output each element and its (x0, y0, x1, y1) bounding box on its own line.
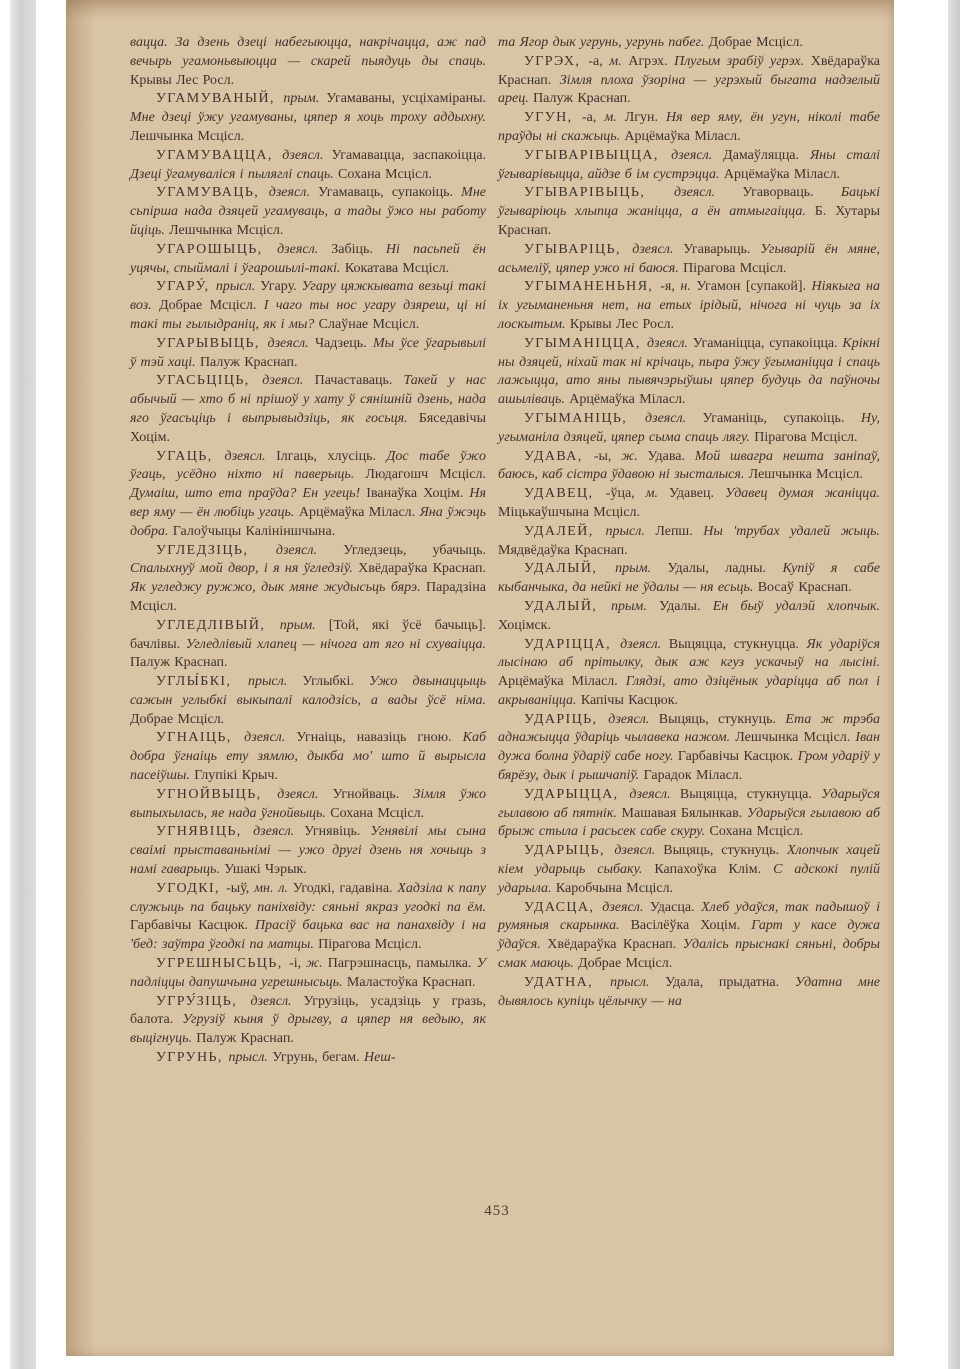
entry-text: Васілёўка Хоцім. (631, 918, 752, 933)
entry-headword: УГАРОШЫЦЬ, (156, 242, 277, 257)
page-number: 453 (83, 1203, 911, 1220)
dictionary-entry: УГРЭХ, -а, м. Агрэх. Плугым зрабіў угрэх… (498, 53, 880, 109)
dictionary-entry: УГЛЫ́БКІ, прысл. Углыбкі. Ужо двынаццыць… (130, 673, 486, 729)
entry-headword: УГЫМАНЕНЬНЯ, (524, 279, 660, 294)
entry-italic-text: дзеясл. (629, 787, 680, 802)
entry-headword: УГЛЕДЗІЦЬ, (156, 543, 276, 558)
entry-headword: УДАРЫЦЬ, (524, 843, 614, 858)
entry-headword: УГУН, (524, 110, 582, 125)
entry-text: Гарбавічы Касцюк. (130, 918, 255, 933)
entry-text: Выцяць, стукнуць. (659, 712, 786, 727)
entry-text: Пірагова Мсцісл. (754, 430, 857, 445)
entry-text: Чадзець. (315, 336, 373, 351)
entry-text: Гарадок Міласл. (644, 768, 743, 783)
entry-italic-text: дзеясл. (632, 242, 683, 257)
entry-text: Палуж Краснап. (533, 91, 631, 106)
entry-text: Добрае Мсцісл. (709, 35, 803, 50)
entry-italic-text: дзеясл. (614, 843, 663, 858)
dictionary-entry: УДАРІЦЬ, дзеясл. Выцяць, стукнуць. Ета ж… (498, 711, 880, 786)
entry-italic-text: дзеясл. (645, 411, 703, 426)
entry-italic-text: дзеясл. (620, 637, 669, 652)
entry-text: Пірагова Мсцісл. (683, 261, 786, 276)
entry-headword: УГЛЕДЛІВЫЙ, (156, 618, 280, 633)
entry-headword: УГЫВАРІЦЬ, (524, 242, 632, 257)
entry-italic-text: ж. (621, 449, 647, 464)
entry-italic-text: Угрузіў кыня ў дрыгву, а цяпер ня ведыю,… (130, 1012, 486, 1046)
entry-text: Добрае Мсцісл. (130, 712, 224, 727)
entry-italic-text: прысл. (606, 524, 656, 539)
entry-text: Удавец. (669, 486, 725, 501)
entry-text: Агрэх. (628, 54, 674, 69)
entry-text: Выцяцца, стукнуцца. (669, 637, 807, 652)
dictionary-entry: УГРУНЬ, прысл. Угрунь, бегам. Неш- (130, 1049, 486, 1068)
entry-italic-text: дзеясл. (277, 787, 332, 802)
entry-italic-text: Угледлівый хлапец — нічога ат яго ні сху… (186, 637, 486, 652)
entry-text: Выцяцца, стукнуцца. (680, 787, 821, 802)
entry-italic-text: дзеясл. (277, 242, 331, 257)
dictionary-entry: УДАРЫЦЬ, дзеясл. Выцяць, стукнуць. Хлопч… (498, 842, 880, 898)
entry-text: Угамавацца, заспакоіцца. (332, 148, 486, 163)
dictionary-entry: УГАРУ́, прысл. Угару. Угару цяжкывата ве… (130, 278, 486, 334)
scanner-bed-strip-right (948, 0, 960, 1369)
entry-headword: УГНАІЦЬ, (156, 730, 244, 745)
entry-italic-text: н. (680, 279, 696, 294)
entry-text: -ыў, (226, 881, 254, 896)
entry-text: Угаварыць. (683, 242, 760, 257)
entry-text: Угледзець, убачыць. (343, 543, 486, 558)
entry-text: Угамон [супакой]. (696, 279, 811, 294)
entry-text: Удалы. (659, 599, 713, 614)
entry-text: Гарбавічы Касцюк. (678, 749, 798, 764)
entry-headword: УГЫВАРІВЫЦЦА, (524, 148, 671, 163)
entry-headword: УГЫМАНІЦЦА, (524, 336, 647, 351)
dictionary-entry-continuation: вацца. За дзень дзеці набегыюцца, накріч… (130, 34, 486, 90)
entry-headword: УГОДКІ, (156, 881, 226, 896)
dictionary-entry: УГРЕШНЫСЬЦЬ, -і, ж. Пагрэшнасць, памылка… (130, 955, 486, 993)
entry-italic-text: Думаіш, што ета праўда? Ен угець! (130, 486, 366, 501)
dictionary-entry: УДАЛЫЙ, прым. Удалы. Ен быў удалэй хлопч… (498, 598, 880, 636)
text-column-left: вацца. За дзень дзеці набегыюцца, накріч… (130, 34, 486, 1068)
entry-text: Слаўнае Мсцісл. (319, 317, 420, 332)
entry-italic-text: дзеясл. (276, 543, 343, 558)
entry-text: Кокатава Мсцісл. (345, 261, 449, 276)
entry-text: Хоцімск. (498, 618, 551, 633)
entry-text: Капахоўка Клім. (654, 862, 773, 877)
dictionary-entry: УГЫВАРІВЫЦЬ, дзеясл. Угаворваць. Бацькі … (498, 184, 880, 240)
entry-text: Угаворваць. (742, 185, 841, 200)
entry-text: Ілгаць, хлусіць. (276, 449, 386, 464)
entry-text: Угнявіць. (304, 824, 370, 839)
entry-text: Крывы Лес Росл. (130, 73, 234, 88)
entry-italic-text: прым. (280, 618, 329, 633)
entry-italic-text: прысл. (610, 975, 665, 990)
dictionary-entry: УДАРЫЦЦА, дзеясл. Выцяцца, стукнуцца. Уд… (498, 786, 880, 842)
entry-text: Лгун. (625, 110, 666, 125)
entry-italic-text: дзеясл. (608, 712, 658, 727)
entry-text: Пачаставаць. (315, 373, 404, 388)
entry-headword: УДАТНА, (524, 975, 610, 990)
entry-italic-text: дзеясл. (244, 730, 296, 745)
entry-italic-text: прым. (615, 561, 667, 576)
entry-text: Міцькаўшчына Мсцісл. (498, 505, 640, 520)
scanner-bed-strip-left (10, 0, 36, 1369)
entry-text: Сохана Мсцісл. (338, 167, 432, 182)
entry-italic-text: дзеясл. (269, 185, 318, 200)
entry-italic-text: прысл. (248, 674, 302, 689)
dictionary-entry: УГЫМАНІЦЦА, дзеясл. Угаманіцца, супакоіц… (498, 335, 880, 410)
entry-text: Хвёдараўка Краснап. (358, 561, 486, 576)
entry-italic-text: прысл. (216, 279, 260, 294)
entry-headword: УГРЕШНЫСЬЦЬ, (156, 956, 289, 971)
entry-headword: УГЫВАРІВЫЦЬ, (524, 185, 674, 200)
dictionary-entry: УДАЛЕЙ, прысл. Лепш. Ны 'трубах удалей ж… (498, 523, 880, 561)
entry-headword: УГНОЙВЫЦЬ, (156, 787, 277, 802)
dictionary-entry: УГАМУВАЦЬ, дзеясл. Угамаваць, супакоіць.… (130, 184, 486, 240)
dictionary-entry: УГЫМАНІЦЬ, дзеясл. Угаманіць, супакоіць.… (498, 410, 880, 448)
entry-italic-text: Плугым зрабіў угрэх. (674, 54, 811, 69)
entry-text: Пірагова Мсцісл. (318, 937, 421, 952)
entry-headword: УГАРУ́, (156, 279, 216, 294)
entry-headword: УГЫМАНІЦЬ, (524, 411, 645, 426)
entry-headword: УДАВЕЦ, (524, 486, 606, 501)
entry-text: Палуж Краснап. (196, 1031, 294, 1046)
entry-text: Пагрэшнасць, памылка. (328, 956, 477, 971)
entry-italic-text: Неш- (364, 1050, 396, 1065)
entry-text: Угамаваны, усціхаміраны. (326, 91, 486, 106)
dictionary-entry: УГНОЙВЫЦЬ, дзеясл. Угнойваць. Зімля ўжо … (130, 786, 486, 824)
entry-text: Угодкі, гадавіна. (293, 881, 398, 896)
entry-headword: УГАРЫВЫЦЬ, (156, 336, 268, 351)
entry-text: Добрае Мсцісл. (578, 956, 672, 971)
entry-headword: УДАЛЫЙ, (524, 599, 611, 614)
entry-italic-text: Дзеці ўгамуваліся і пыляглі спаць. (130, 167, 338, 182)
entry-text: Арцёмаўка Міласл. (624, 129, 740, 144)
dictionary-entry: УГЫВАРІЦЬ, дзеясл. Угаварыць. Угыварій ё… (498, 241, 880, 279)
entry-text: Лешчынка Мсцісл. (169, 223, 283, 238)
entry-text: Глупікі Крыч. (194, 768, 278, 783)
entry-text: -а, (588, 54, 609, 69)
dictionary-entry: УДАЛЫЙ, прым. Удалы, ладны. Купіў я сабе… (498, 560, 880, 598)
entry-text: -ы, (594, 449, 621, 464)
entry-text: Арцёмаўка Міласл. (724, 167, 840, 182)
entry-text: Крывы Лес Росл. (570, 317, 674, 332)
entry-text: Капічы Касцюк. (581, 693, 678, 708)
entry-headword: УГАМУВАНЫЙ, (156, 91, 283, 106)
entry-italic-text: дзеясл. (282, 148, 331, 163)
dictionary-entry: УГАСЬЦІЦЬ, дзеясл. Пачаставаць. Такей у … (130, 372, 486, 447)
entry-text: Галоўчыцы Калініншчына. (173, 524, 335, 539)
entry-text: Дамаўляцца. (723, 148, 810, 163)
entry-italic-text: Спалыхнуў мой двор, і я ня ўгледзіў. (130, 561, 358, 576)
entry-text: Каробчына Мсцісл. (556, 881, 673, 896)
entry-italic-text: дзеясл. (253, 824, 304, 839)
entry-italic-text: дзеясл. (671, 148, 723, 163)
entry-italic-text: прым. (611, 599, 659, 614)
entry-italic-text: мн. л. (254, 881, 293, 896)
dictionary-entry: УДАРІЦЦА, дзеясл. Выцяцца, стукнуцца. Як… (498, 636, 880, 711)
entry-text: Машавая Бялынкав. (622, 806, 747, 821)
entry-text: Лепш. (655, 524, 703, 539)
dictionary-entry: УГАРОШЫЦЬ, дзеясл. Забіць. Ні пасьпей ён… (130, 241, 486, 279)
entry-text: Маластоўка Краснап. (347, 975, 476, 990)
entry-italic-text: дзеясл. (268, 336, 315, 351)
entry-italic-text: прысл. (229, 1050, 273, 1065)
entry-headword: УГРУ́ЗІЦЬ, (156, 994, 250, 1009)
entry-text: Угрунь, бегам. (272, 1050, 364, 1065)
entry-italic-text: дзеясл. (225, 449, 277, 464)
dictionary-entry: УГАМУВАНЫЙ, прым. Угамаваны, усціхаміран… (130, 90, 486, 146)
entry-italic-text: дзеясл. (602, 900, 650, 915)
entry-headword: УГАСЬЦІЦЬ, (156, 373, 262, 388)
entry-text: Добрае Мсцісл. (159, 298, 264, 313)
entry-italic-text: м. (646, 486, 669, 501)
entry-text: Палуж Краснап. (130, 655, 228, 670)
dictionary-entry: УДАСЦА, дзеясл. Удасца. Хлеб удаўся, так… (498, 899, 880, 974)
entry-text: Выцяць, стукнуць. (663, 843, 787, 858)
entry-headword: УДАСЦА, (524, 900, 602, 915)
entry-headword: УДАРІЦЦА, (524, 637, 620, 652)
entry-headword: УДАРЫЦЦА, (524, 787, 629, 802)
book-page: вацца. За дзень дзеці набегыюцца, накріч… (66, 0, 894, 1356)
entry-text: Лешчынка Мсцісл. (130, 129, 244, 144)
entry-text: Угаманіць, супакоіць. (703, 411, 861, 426)
entry-text: Сохана Мсцісл. (330, 806, 424, 821)
entry-italic-text: прым. (283, 91, 326, 106)
entry-text: Сохана Мсцісл. (709, 824, 803, 839)
dictionary-entry: УГУН, -а, м. Лгун. Ня вер яму, ён угун, … (498, 109, 880, 147)
entry-text: -ўца, (606, 486, 646, 501)
dictionary-entry: УГЫМАНЕНЬНЯ, -я, н. Угамон [супакой]. Ні… (498, 278, 880, 334)
dictionary-entry: УГЛЕДЛІВЫЙ, прым. [Той, які ўсё бачыць].… (130, 617, 486, 673)
entry-headword: УГАМУВАЦЦА, (156, 148, 282, 163)
entry-italic-text: Мне дзеці ўжу угамуваны, цяпер я хоць тр… (130, 110, 486, 125)
entry-headword: УДАВА, (524, 449, 594, 464)
entry-text: Хвёдараўка Краснап. (547, 937, 683, 952)
entry-italic-text: ж. (306, 956, 328, 971)
entry-text: Угару. (260, 279, 301, 294)
entry-italic-text: Ен быў удалэй хлопчык. (713, 599, 880, 614)
entry-text: Ушакі Чэрык. (224, 862, 307, 877)
entry-italic-text: м. (604, 110, 624, 125)
entry-headword: УДАЛЕЙ, (524, 524, 606, 539)
entry-text: Угамаваць, супакоіць. (318, 185, 461, 200)
entry-text: Удала, прыдатна. (665, 975, 795, 990)
entry-text: Удава. (648, 449, 695, 464)
dictionary-entry-continuation: та Ягор дык угрунь, угрунь пабег. Добрае… (498, 34, 880, 53)
dictionary-entry: УГЫВАРІВЫЦЦА, дзеясл. Дамаўляцца. Яны ст… (498, 147, 880, 185)
entry-text: Угнойваць. (333, 787, 414, 802)
entry-text: Восаў Краснап. (758, 580, 852, 595)
dictionary-entry: УГАМУВАЦЦА, дзеясл. Угамавацца, заспакоі… (130, 147, 486, 185)
entry-text: -я, (660, 279, 680, 294)
entry-text: Удалы, ладны. (668, 561, 783, 576)
text-column-right: та Ягор дык угрунь, угрунь пабег. Добрае… (498, 34, 880, 1011)
entry-italic-text: дзеясл. (250, 994, 303, 1009)
dictionary-entry: УГНЯВІЦЬ, дзеясл. Угнявіць. Угнявілі мы … (130, 823, 486, 879)
entry-italic-text: Удавец думая жаніцца. (725, 486, 880, 501)
entry-headword: УГРЭХ, (524, 54, 588, 69)
entry-italic-text: Ны 'трубах удалей жыць. (703, 524, 880, 539)
dictionary-entry: УДАВА, -ы, ж. Удава. Мой швагра нешта за… (498, 448, 880, 486)
entry-italic-text: м. (609, 54, 628, 69)
entry-text: Людагошч Мсцісл. (365, 467, 486, 482)
entry-headword: УДАРІЦЬ, (524, 712, 608, 727)
entry-text: Удасца. (650, 900, 701, 915)
dictionary-entry: УГАРЫВЫЦЬ, дзеясл. Чадзець. Мы ўсе ўгары… (130, 335, 486, 373)
entry-headword: УГАЦЬ, (156, 449, 225, 464)
entry-italic-text: дзеясл. (262, 373, 314, 388)
dictionary-entry: УГНАІЦЬ, дзеясл. Угнаіць, навазіць гною.… (130, 729, 486, 785)
entry-text: Арцёмаўка Міласл. (299, 505, 420, 520)
entry-text: Мядвёдаўка Краснап. (498, 543, 628, 558)
entry-text: Лешчынка Мсцісл. (735, 730, 855, 745)
entry-italic-text: та Ягор дык угрунь, угрунь пабег. (498, 35, 709, 50)
dictionary-entry: УДАВЕЦ, -ўца, м. Удавец. Удавец думая жа… (498, 485, 880, 523)
entry-italic-text: дзеясл. (674, 185, 742, 200)
entry-headword: УГАМУВАЦЬ, (156, 185, 269, 200)
entry-text: -а, (582, 110, 604, 125)
dictionary-entry: УГАЦЬ, дзеясл. Ілгаць, хлусіць. Дос табе… (130, 448, 486, 542)
dictionary-entry: УДАТНА, прысл. Удала, прыдатна. Удатна м… (498, 974, 880, 1012)
dictionary-entry: УГОДКІ, -ыў, мн. л. Угодкі, гадавіна. Ха… (130, 880, 486, 955)
entry-text: Арцёмаўка Міласл. (569, 392, 685, 407)
entry-text: Углыбкі. (302, 674, 369, 689)
entry-italic-text: дзеясл. (647, 336, 693, 351)
entry-italic-text: вацца. За дзень дзеці набегыюцца, накріч… (130, 35, 486, 69)
entry-text: Арцёмаўка Міласл. (498, 674, 626, 689)
dictionary-entry: УГЛЕДЗІЦЬ, дзеясл. Угледзець, убачыць. С… (130, 542, 486, 617)
entry-text: Палуж Краснап. (200, 355, 298, 370)
entry-text: -і, (289, 956, 306, 971)
entry-text: Лешчынка Мсцісл. (749, 467, 863, 482)
entry-text: Угнаіць, навазіць гною. (296, 730, 462, 745)
dictionary-entry: УГРУ́ЗІЦЬ, дзеясл. Угрузіць, усадзіць у … (130, 993, 486, 1049)
entry-text: Іванаўка Хоцім. (366, 486, 469, 501)
entry-text: Угаманіцца, супакоіцца. (693, 336, 843, 351)
entry-text: Забіць. (331, 242, 386, 257)
entry-headword: УДАЛЫЙ, (524, 561, 615, 576)
entry-headword: УГРУНЬ, (156, 1050, 229, 1065)
entry-italic-text: Як угледжу ружжо, дык мяне жудысьць бярэ… (130, 580, 426, 595)
entry-headword: УГЛЫ́БКІ, (156, 674, 248, 689)
entry-headword: УГНЯВІЦЬ, (156, 824, 253, 839)
